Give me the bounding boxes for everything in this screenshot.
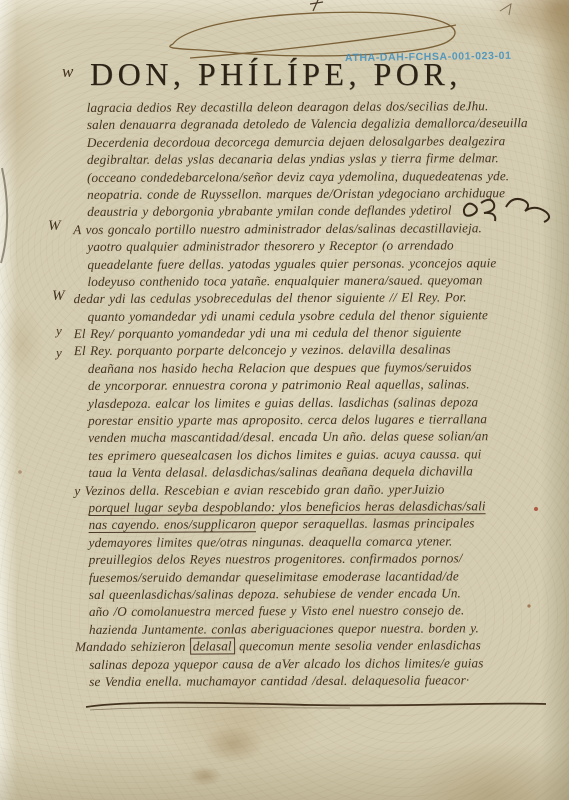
manuscript-body-text: lagracia dedios Rey decastilla deleon de… (87, 98, 555, 691)
manuscript-line: neopatria. conde de Ruyssellon. marques … (87, 185, 552, 204)
manuscript-line: se Vendia enella. muchamayor cantidad /d… (89, 672, 554, 691)
margin-paragraph-mark: W (48, 218, 61, 235)
manuscript-line: año /O comolanuestra merced fuese y Vist… (89, 602, 554, 621)
manuscript-line: nas cayendo. enos/supplicaron quepor ser… (89, 515, 554, 534)
manuscript-line: lodeyuso conthenido toca yatañe. enqualq… (87, 272, 552, 291)
manuscript-line: degibraltar. delas yslas decanaria delas… (87, 150, 552, 169)
manuscript-line: preuillegios delos Reyes nuestros progen… (89, 550, 554, 569)
manuscript-line: salinas depoza yquepor causa de aVer alc… (89, 654, 554, 673)
manuscript-line: A vos goncalo portillo nuestro administr… (73, 220, 552, 239)
manuscript-line: porestar ensitio yparte mas aproposito. … (88, 411, 553, 430)
manuscript-line: El Rey. porquanto porparte delconcejo y … (74, 341, 553, 360)
manuscript-scan: ATHA-DAH-FCHSA-001-023-01 DON, PHÍLÍPE, … (0, 0, 569, 800)
charter-heading: DON, PHÍLÍPE, POR, (90, 56, 560, 93)
manuscript-line: tes eprimero quesealcasen los dichos lim… (88, 446, 553, 465)
manuscript-line: queadelante fuere dellas. yatodas yguale… (87, 255, 552, 274)
manuscript-line: sal queenlasdichas/salinas depoza. sehub… (89, 585, 554, 604)
manuscript-line: (occeano condedebarcelona/señor deviz ca… (87, 168, 552, 187)
manuscript-line: Mandado sehizieron delasal quecomun ment… (75, 637, 554, 656)
manuscript-line: ylasdepoza. ealcar los limites e guias d… (88, 394, 553, 413)
margin-paragraph-mark: y (56, 323, 62, 339)
manuscript-line: El Rey/ porquanto yomandedar ydi una mi … (74, 324, 553, 343)
manuscript-line: hazienda Juntamente. conlas aberiguacion… (89, 620, 554, 639)
underlined-phrase: nas cayendo. enos/supplicaron (89, 517, 256, 533)
margin-paragraph-mark: y (56, 345, 62, 361)
manuscript-line: taua la Venta delasal. delasdichas/salin… (88, 463, 553, 482)
manuscript-line: salen denauarra degranada detoledo de Va… (87, 115, 552, 134)
manuscript-line: dedar ydi las cedulas ysobrecedulas del … (74, 289, 553, 308)
manuscript-line: y Vezinos della. Rescebian e avian resce… (74, 481, 553, 500)
manuscript-line: venden mucha mascantidad/desal. encada U… (88, 428, 553, 447)
margin-paragraph-mark: w (62, 62, 73, 82)
manuscript-line: yaotro qualquier administrador thesorero… (87, 237, 552, 256)
margin-paragraph-mark: W (52, 288, 65, 305)
manuscript-line: deañana nos hasido hecha Relacion que de… (88, 359, 553, 378)
manuscript-line: ydemayores limites que/otras ningunas. d… (89, 533, 554, 552)
manuscript-line: de yncorporar. ennuestra corona y patrim… (88, 376, 553, 395)
manuscript-line: porquel lugar seyba despoblando: ylos be… (88, 498, 553, 517)
manuscript-line: Decerdenia decordoua decorcega demurcia … (87, 133, 552, 152)
manuscript-line: deaustria y deborgonia ybrabante ymilan … (87, 202, 552, 221)
manuscript-line: lagracia dedios Rey decastilla deleon de… (87, 98, 552, 117)
manuscript-line: quanto yomandedar ydi unami cedula ysobr… (88, 307, 553, 326)
boxed-phrase: delasal (190, 637, 235, 654)
manuscript-line: fuesemos/seruido demandar queselimitase … (89, 568, 554, 587)
